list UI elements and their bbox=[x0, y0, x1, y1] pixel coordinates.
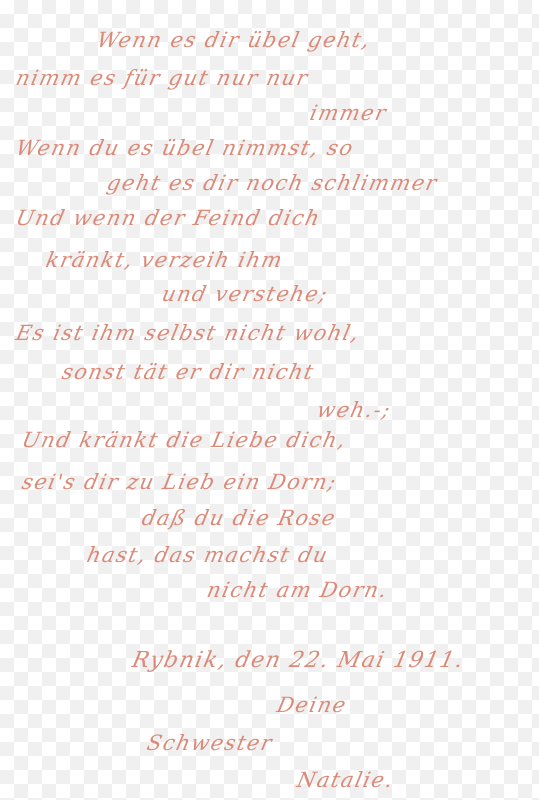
closing-relation: Schwester bbox=[145, 733, 275, 754]
poem-line: sei's dir zu Lieb ein Dorn; bbox=[20, 472, 339, 493]
poem-line: kränkt, verzeih ihm bbox=[44, 250, 285, 271]
poem-line: Wenn es dir übel geht, bbox=[95, 30, 373, 51]
poem-line: sonst tät er dir nicht bbox=[60, 362, 316, 383]
poem-line: immer bbox=[308, 103, 389, 124]
poem-line: und verstehe; bbox=[160, 284, 330, 305]
signature: Natalie. bbox=[295, 770, 396, 791]
poem-line: nimm es für gut nur nur bbox=[14, 68, 311, 89]
poem-line: geht es dir noch schlimmer bbox=[105, 173, 440, 194]
poem-line: Und kränkt die Liebe dich, bbox=[20, 430, 348, 451]
poem-line: nicht am Dorn. bbox=[205, 580, 390, 601]
poem-line: Wenn du es übel nimmst, so bbox=[14, 138, 356, 159]
poem-line: Es ist ihm selbst nicht wohl, bbox=[14, 323, 362, 344]
poem-line: weh.-; bbox=[315, 400, 393, 421]
poem-line: daß du die Rose bbox=[140, 508, 338, 529]
place-and-date: Rybnik, den 22. Mai 1911. bbox=[130, 650, 466, 672]
handwritten-letter: Wenn es dir übel geht, nimm es für gut n… bbox=[0, 0, 539, 800]
closing-salutation: Deine bbox=[275, 695, 349, 716]
poem-line: Und wenn der Feind dich bbox=[14, 208, 323, 229]
poem-line: hast, das machst du bbox=[85, 545, 331, 566]
